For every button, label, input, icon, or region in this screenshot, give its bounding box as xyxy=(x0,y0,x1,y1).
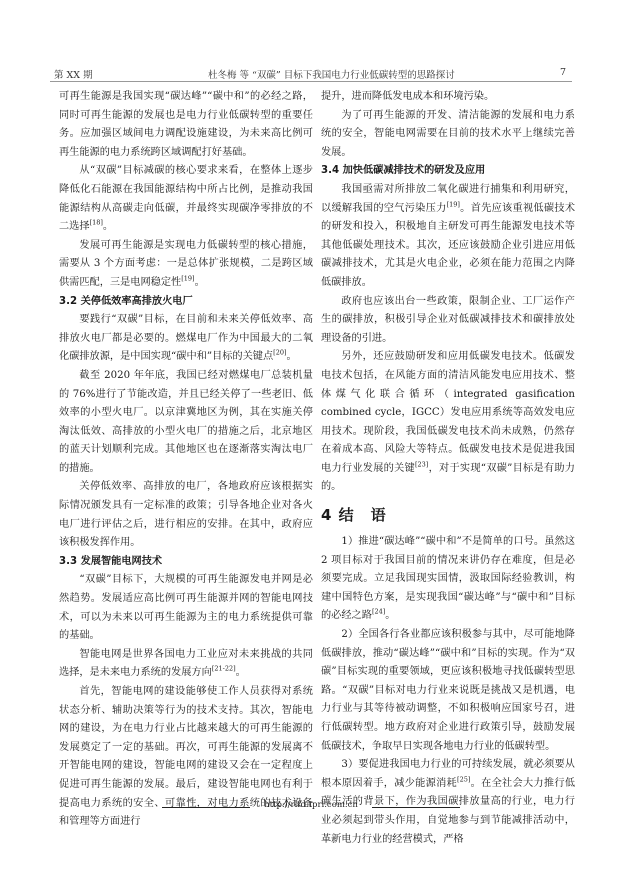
paragraph: 可再生能源是我国实现“碳达峰”“碳中和”的必经之路，同时可再生能源的发展也是电力… xyxy=(59,88,313,162)
paragraph: 提升，进而降低发电成本和环境污染。 xyxy=(321,88,575,107)
paragraph-text: 关停低效率、高排放的电厂，各地政府应该根据实际情况颁发具有一定标准的政策；引导各… xyxy=(59,481,313,548)
paragraph-text: “双碳”目标下，大规模的可再生能源发电并网是必然趋势。发展适应高比例可再生能源并… xyxy=(59,574,313,641)
citation: [19] xyxy=(181,275,194,283)
paragraph: 截至 2020 年年底，我国已经对燃煤电厂总装机量的 76%进行了节能改造，并且… xyxy=(59,367,313,479)
paragraph-text: 智能电网是世界各国电力工业应对未来挑战的共同选择，是未来电力系统的发展方向 xyxy=(59,649,313,679)
paragraph: 另外，还应鼓励研发和应用低碳发电技术。低碳发电技术包括，在风能方面的清洁风能发电… xyxy=(321,348,575,497)
journal-url[interactable]: http://rlfd.tpri.com.cn xyxy=(264,800,358,810)
paragraph: 智能电网是世界各国电力工业应对未来挑战的共同选择，是未来电力系统的发展方向[21… xyxy=(59,646,313,683)
citation: [19] xyxy=(447,200,460,208)
issue-number: 第 XX 期 xyxy=(54,67,93,81)
paragraph: 政府也应该出台一些政策，限制企业、工厂运作产生的碳排放，积极引导企业对低碳减排技… xyxy=(321,293,575,349)
paragraph-text: 。 xyxy=(236,667,246,678)
paragraph: 为了可再生能源的开发、清洁能源的发展和电力系统的安全，智能电网需要在目前的技术水… xyxy=(321,107,575,163)
paragraph: 发展可再生能源是实现电力低碳转型的核心措施，需要从 3 个方面考虑：一是总体扩张… xyxy=(59,237,313,293)
footer-rule-left xyxy=(162,807,250,808)
paragraph: 1）推进“碳达峰”“碳中和”不是简单的口号。虽然这 2 项目标对于我国目前的情况… xyxy=(321,533,575,626)
section-heading-3-4: 3.4 加快低碳减排技术的研发及应用 xyxy=(321,162,575,181)
paragraph-text: 提升，进而降低发电成本和环境污染。 xyxy=(321,91,494,102)
section-heading-4-conclusion: 4 结 语 xyxy=(321,503,575,527)
paragraph: 关停低效率、高排放的电厂，各地政府应该根据实际情况颁发具有一定标准的政策；引导各… xyxy=(59,478,313,552)
paragraph-text: 2）全国各行各业都应该积极参与其中，尽可能地降低碳排放，推动“碳达峰”“碳中和”… xyxy=(321,629,575,752)
right-column: 提升，进而降低发电成本和环境污染。 为了可再生能源的开发、清洁能源的发展和电力系… xyxy=(321,88,575,849)
paragraph: 我国亟需对所排放二氧化碳进行捕集和利用研究，以缓解我国的空气污染压力[19]。首… xyxy=(321,181,575,293)
paragraph-text: 。 xyxy=(385,610,395,621)
citation: [21-22] xyxy=(212,665,236,673)
page-number: 7 xyxy=(560,67,566,78)
paragraph-text: 可再生能源是我国实现“碳达峰”“碳中和”的必经之路，同时可再生能源的发展也是电力… xyxy=(59,91,313,158)
section-heading-3-2: 3.2 关停低效率高排放火电厂 xyxy=(59,293,313,312)
paragraph-text: 政府也应该出台一些政策，限制企业、工厂运作产生的碳排放，积极引导企业对低碳减排技… xyxy=(321,296,575,344)
paragraph-text: 另外，还应鼓励研发和应用低碳发电技术。低碳发电技术包括，在风能方面的清洁风能发电… xyxy=(321,351,575,474)
page-footer: http://rlfd.tpri.com.cn xyxy=(160,800,462,814)
section-heading-3-3: 3.3 发展智能电网技术 xyxy=(59,553,313,572)
citation: [18] xyxy=(90,219,103,227)
paragraph: 从“双碳”目标减碳的核心要求来看，在整体上逐步降低化石能源在我国能源结构中所占比… xyxy=(59,162,313,236)
left-column: 可再生能源是我国实现“碳达峰”“碳中和”的必经之路，同时可再生能源的发展也是电力… xyxy=(59,88,313,832)
paragraph-text: 1）推进“碳达峰”“碳中和”不是简单的口号。虽然这 2 项目标对于我国目前的情况… xyxy=(321,536,575,621)
paragraph-text: 。 xyxy=(287,351,297,362)
paragraph-text: 。 xyxy=(195,277,205,288)
paragraph-text: 。 xyxy=(103,221,113,232)
citation: [23] xyxy=(415,460,428,468)
paragraph-text: 为了可再生能源的开发、清洁能源的发展和电力系统的安全，智能电网需要在目前的技术水… xyxy=(321,110,575,158)
running-header: 第 XX 期 杜冬梅 等 “双碳” 目标下我国电力行业低碳转型的思路探讨 7 xyxy=(50,65,572,82)
paragraph: 2）全国各行各业都应该积极参与其中，尽可能地降低碳排放，推动“碳达峰”“碳中和”… xyxy=(321,626,575,756)
paragraph: “双碳”目标下，大规模的可再生能源发电并网是必然趋势。发展适应高比例可再生能源并… xyxy=(59,571,313,645)
footer-rule-right xyxy=(372,807,460,808)
citation: [20] xyxy=(273,349,286,357)
paragraph-text: 截至 2020 年年底，我国已经对燃煤电厂总装机量的 76%进行了节能改造，并且… xyxy=(59,370,313,474)
citation: [24] xyxy=(372,608,385,616)
paragraph-text: 。首先应该重视低碳技术的研发和投入，积极地自主研发可再生能源发电技术等其他低碳处… xyxy=(321,203,575,288)
running-title: 杜冬梅 等 “双碳” 目标下我国电力行业低碳转型的思路探讨 xyxy=(208,67,455,81)
paragraph: 要践行“双碳”目标，在目前和未来关停低效率、高排放火电厂都是必要的。燃煤电厂作为… xyxy=(59,311,313,367)
citation: [25] xyxy=(457,775,470,783)
